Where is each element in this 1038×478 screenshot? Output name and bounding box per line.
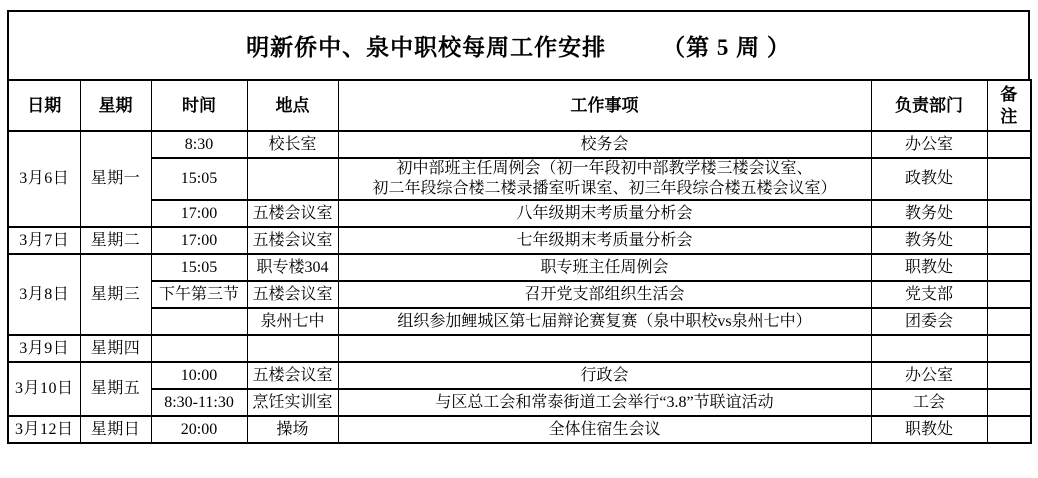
dept-cell: 办公室 [871, 362, 987, 389]
task-cell: 校务会 [338, 131, 871, 158]
weekday-cell: 星期三 [80, 254, 151, 335]
col-header-task: 工作事项 [338, 80, 871, 131]
weekday-cell: 星期二 [80, 227, 151, 254]
date-cell: 3月12日 [8, 416, 80, 443]
task-cell: 全体住宿生会议 [338, 416, 871, 443]
date-cell: 3月7日 [8, 227, 80, 254]
dept-cell: 教务处 [871, 200, 987, 227]
col-header-date: 日期 [8, 80, 80, 131]
place-cell [247, 335, 338, 362]
header-row: 日期 星期 时间 地点 工作事项 负责部门 备注 [8, 80, 1031, 131]
page-title-main: 明新侨中、泉中职校每周工作安排 [246, 29, 606, 62]
task-cell: 七年级期末考质量分析会 [338, 227, 871, 254]
place-cell [247, 158, 338, 200]
place-cell: 职专楼304 [247, 254, 338, 281]
note-cell [987, 362, 1031, 389]
date-cell: 3月6日 [8, 131, 80, 227]
date-cell: 3月10日 [8, 362, 80, 416]
task-cell: 初中部班主任周例会（初一年段初中部教学楼三楼会议室、 初二年段综合楼二楼录播室听… [338, 158, 871, 200]
schedule-body: 3月6日星期一8:30校长室校务会办公室15:05初中部班主任周例会（初一年段初… [8, 131, 1031, 443]
note-cell [987, 158, 1031, 200]
time-cell: 10:00 [151, 362, 247, 389]
place-cell: 五楼会议室 [247, 200, 338, 227]
table-row: 泉州七中组织参加鲤城区第七届辩论赛复赛（泉中职校vs泉州七中）团委会 [8, 308, 1031, 335]
weekday-cell: 星期一 [80, 131, 151, 227]
page-title: 明新侨中、泉中职校每周工作安排 （第 5 周 ） [7, 10, 1030, 79]
col-header-dept: 负责部门 [871, 80, 987, 131]
table-row: 3月12日星期日20:00操场全体住宿生会议职教处 [8, 416, 1031, 443]
time-cell: 8:30 [151, 131, 247, 158]
note-cell [987, 389, 1031, 416]
weekday-cell: 星期四 [80, 335, 151, 362]
note-cell [987, 416, 1031, 443]
dept-cell: 教务处 [871, 227, 987, 254]
dept-cell: 团委会 [871, 308, 987, 335]
place-cell: 泉州七中 [247, 308, 338, 335]
task-cell: 八年级期末考质量分析会 [338, 200, 871, 227]
note-cell [987, 254, 1031, 281]
table-row: 3月9日星期四 [8, 335, 1031, 362]
task-cell: 职专班主任周例会 [338, 254, 871, 281]
time-cell: 20:00 [151, 416, 247, 443]
place-cell: 校长室 [247, 131, 338, 158]
dept-cell: 办公室 [871, 131, 987, 158]
dept-cell [871, 335, 987, 362]
table-row: 3月7日星期二17:00五楼会议室七年级期末考质量分析会教务处 [8, 227, 1031, 254]
date-cell: 3月8日 [8, 254, 80, 335]
note-cell [987, 308, 1031, 335]
place-cell: 操场 [247, 416, 338, 443]
time-cell: 15:05 [151, 158, 247, 200]
note-cell [987, 131, 1031, 158]
place-cell: 五楼会议室 [247, 227, 338, 254]
weekly-schedule-table: 日期 星期 时间 地点 工作事项 负责部门 备注 3月6日星期一8:30校长室校… [7, 79, 1032, 444]
schedule-sheet: 明新侨中、泉中职校每周工作安排 （第 5 周 ） 日期 星期 时间 地点 工作事… [7, 10, 1030, 444]
task-cell: 行政会 [338, 362, 871, 389]
task-cell: 组织参加鲤城区第七届辩论赛复赛（泉中职校vs泉州七中） [338, 308, 871, 335]
place-cell: 五楼会议室 [247, 281, 338, 308]
time-cell: 17:00 [151, 227, 247, 254]
note-cell [987, 200, 1031, 227]
time-cell: 下午第三节 [151, 281, 247, 308]
table-row: 15:05初中部班主任周例会（初一年段初中部教学楼三楼会议室、 初二年段综合楼二… [8, 158, 1031, 200]
time-cell: 17:00 [151, 200, 247, 227]
dept-cell: 职教处 [871, 254, 987, 281]
dept-cell: 职教处 [871, 416, 987, 443]
col-header-note: 备注 [987, 80, 1031, 131]
dept-cell: 工会 [871, 389, 987, 416]
table-row: 3月6日星期一8:30校长室校务会办公室 [8, 131, 1031, 158]
table-row: 3月8日星期三15:05职专楼304职专班主任周例会职教处 [8, 254, 1031, 281]
place-cell: 烹饪实训室 [247, 389, 338, 416]
col-header-time: 时间 [151, 80, 247, 131]
weekday-cell: 星期五 [80, 362, 151, 416]
task-cell: 召开党支部组织生活会 [338, 281, 871, 308]
weekday-cell: 星期日 [80, 416, 151, 443]
time-cell [151, 308, 247, 335]
dept-cell: 政教处 [871, 158, 987, 200]
table-row: 下午第三节五楼会议室召开党支部组织生活会党支部 [8, 281, 1031, 308]
page-title-week: （第 5 周 ） [662, 29, 791, 62]
date-cell: 3月9日 [8, 335, 80, 362]
col-header-place: 地点 [247, 80, 338, 131]
place-cell: 五楼会议室 [247, 362, 338, 389]
dept-cell: 党支部 [871, 281, 987, 308]
table-row: 3月10日星期五10:00五楼会议室行政会办公室 [8, 362, 1031, 389]
table-row: 8:30-11:30烹饪实训室与区总工会和常泰街道工会举行“3.8”节联谊活动工… [8, 389, 1031, 416]
note-cell [987, 227, 1031, 254]
time-cell [151, 335, 247, 362]
time-cell: 15:05 [151, 254, 247, 281]
table-row: 17:00五楼会议室八年级期末考质量分析会教务处 [8, 200, 1031, 227]
note-cell [987, 281, 1031, 308]
time-cell: 8:30-11:30 [151, 389, 247, 416]
task-cell [338, 335, 871, 362]
col-header-weekday: 星期 [80, 80, 151, 131]
task-cell: 与区总工会和常泰街道工会举行“3.8”节联谊活动 [338, 389, 871, 416]
note-cell [987, 335, 1031, 362]
